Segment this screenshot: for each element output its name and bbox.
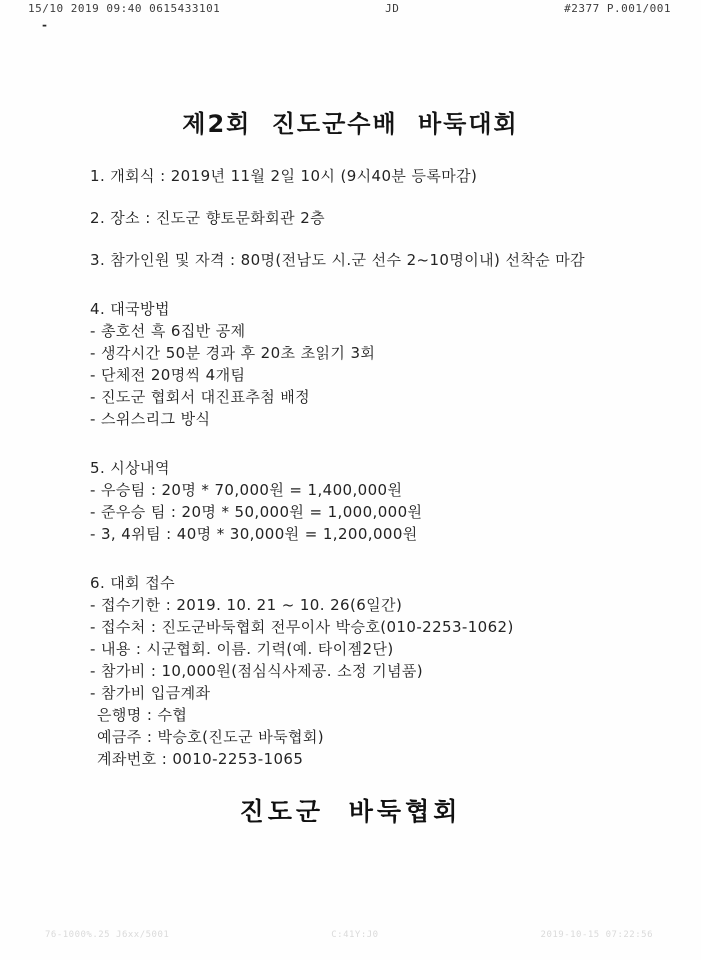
line-entry-fee: - 참가비 : 10,000원(점심식사제공. 소정 기념품)	[90, 661, 671, 682]
fax-header-page-counter: #2377 P.001/001	[564, 2, 671, 15]
line-rule-komi: - 총호선 흑 6집반 공제	[90, 321, 671, 342]
line-registration-contact: - 접수처 : 진도군바둑협회 전무이사 박승호(010-2253-1062)	[90, 617, 671, 638]
document-body: 1. 개회식 : 2019년 11월 2일 10시 (9시40분 등록마감) 2…	[90, 165, 671, 770]
scan-stray-mark: -	[42, 18, 47, 32]
line-bank-name: 은행명 : 수협	[90, 705, 671, 726]
line-account-holder: 예금주 : 박승호(진도군 바둑협회)	[90, 727, 671, 748]
scan-footer-center: C:41Y:J0	[331, 930, 378, 940]
line-account-number: 계좌번호 : 0010-2253-1065	[90, 749, 671, 770]
line-rule-teams: - 단체전 20명씩 4개팀	[90, 365, 671, 386]
scan-footer-left: 76-1000%.25 J6xx/5001	[45, 930, 169, 940]
scan-footer-right: 2019-10-15 07:22:56	[541, 930, 653, 940]
fax-transmission-header: 15/10 2019 09:40 0615433101 JD #2377 P.0…	[0, 2, 701, 15]
line-opening-ceremony: 1. 개회식 : 2019년 11월 2일 10시 (9시40분 등록마감)	[90, 166, 671, 187]
line-venue: 2. 장소 : 진도군 향토문화회관 2층	[90, 208, 671, 229]
fax-header-station-id: JD	[385, 2, 399, 15]
line-prize-winner: - 우승팀 : 20명 * 70,000원 = 1,400,000원	[90, 480, 671, 501]
heading-prizes: 5. 시상내역	[90, 458, 671, 479]
line-rule-pairing: - 진도군 협회서 대진표추첨 배정	[90, 387, 671, 408]
heading-registration: 6. 대회 접수	[90, 573, 671, 594]
fax-header-datetime: 15/10 2019 09:40 0615433101	[28, 2, 220, 15]
fax-document-page: 15/10 2019 09:40 0615433101 JD #2377 P.0…	[0, 0, 701, 960]
line-rule-time-limit: - 생각시간 50분 경과 후 20초 초읽기 3회	[90, 343, 671, 364]
line-registration-info: - 내용 : 시군협회. 이름. 기력(예. 타이젬2단)	[90, 639, 671, 660]
line-rule-swiss-league: - 스위스리그 방식	[90, 409, 671, 430]
scan-footer: 76-1000%.25 J6xx/5001 C:41Y:J0 2019-10-1…	[0, 930, 701, 940]
document-title: 제2회 진도군수배 바둑대회	[0, 104, 701, 139]
heading-game-rules: 4. 대국방법	[90, 299, 671, 320]
line-participants: 3. 참가인원 및 자격 : 80명(전남도 시.군 선수 2~10명이내) 선…	[90, 250, 671, 271]
line-registration-period: - 접수기한 : 2019. 10. 21 ~ 10. 26(6일간)	[90, 595, 671, 616]
organization-signature: 진도군 바둑협회	[0, 792, 701, 828]
line-prize-third-fourth: - 3, 4위팀 : 40명 * 30,000원 = 1,200,000원	[90, 524, 671, 545]
line-prize-runner-up: - 준우승 팀 : 20명 * 50,000원 = 1,000,000원	[90, 502, 671, 523]
line-deposit-account-heading: - 참가비 입금계좌	[90, 683, 671, 704]
